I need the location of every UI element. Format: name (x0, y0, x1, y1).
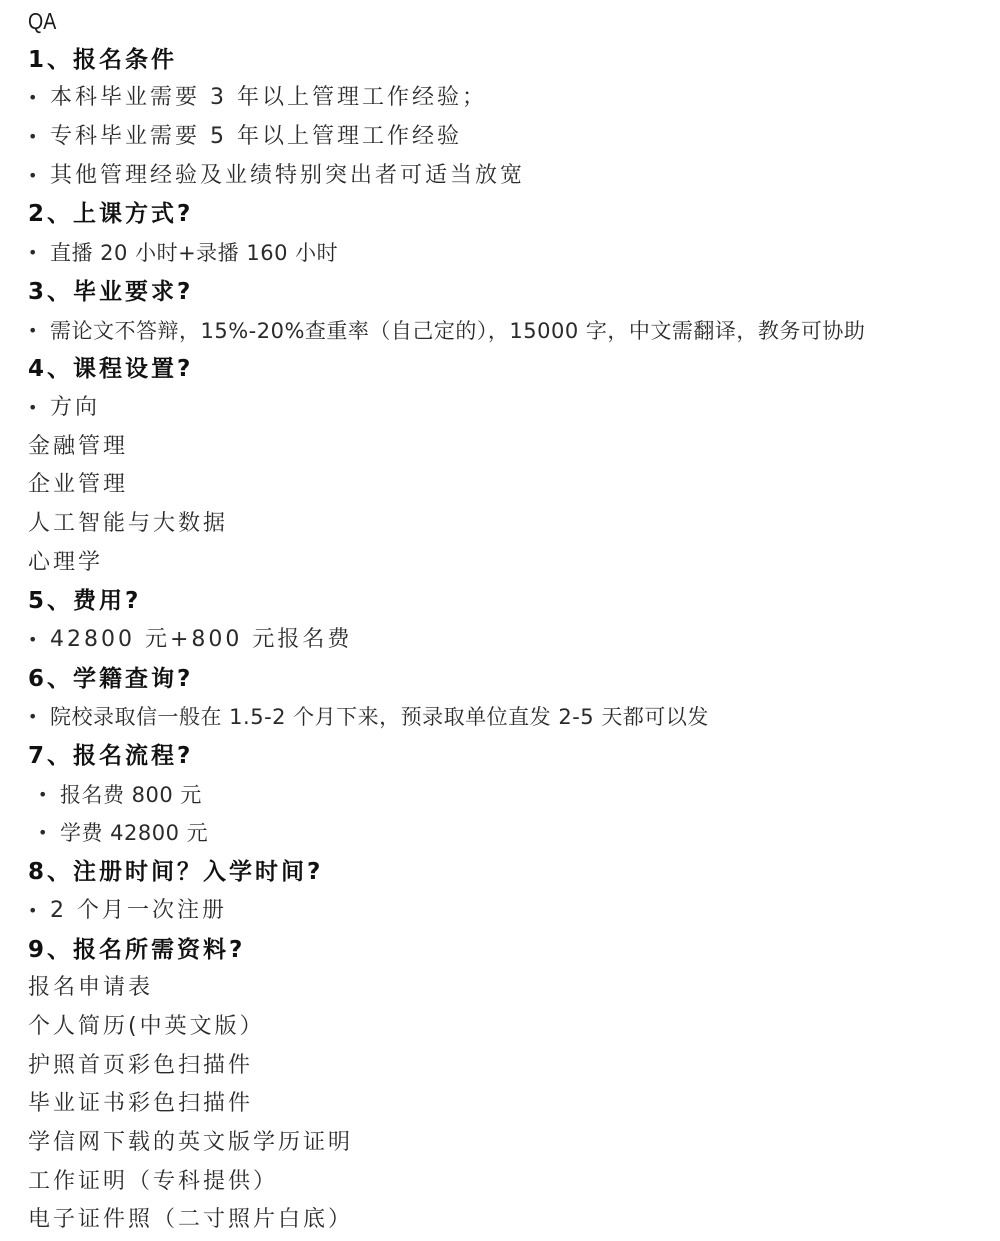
bullet-icon: • (28, 698, 50, 737)
bullet-text: 本科毕业需要 3 年以上管理工作经验； (50, 85, 487, 110)
bullet-icon: • (38, 776, 60, 815)
bullet-icon: • (38, 814, 60, 853)
bullet-item: •院校录取信一般在 1.5-2 个月下来，预录取单位直发 2-5 天都可以发 (28, 698, 1000, 737)
bullet-icon: • (28, 118, 50, 157)
bullet-item: •方向 (28, 389, 1000, 428)
bullet-item: •其他管理经验及业绩特别突出者可适当放宽 (28, 157, 1000, 196)
section-heading-2: 2、上课方式? (28, 195, 1000, 234)
list-item: 工作证明（专科提供） (28, 1163, 1000, 1202)
bullet-text: 报名费 800 元 (60, 783, 202, 807)
list-item: 报名申请表 (28, 969, 1000, 1008)
list-item: 护照首页彩色扫描件 (28, 1047, 1000, 1086)
bullet-item: •学费 42800 元 (28, 814, 1000, 853)
section-heading-1: 1、报名条件 (28, 41, 1000, 80)
list-item: 电子证件照（二寸照片白底） (28, 1201, 1000, 1240)
bullet-text: 院校录取信一般在 1.5-2 个月下来，预录取单位直发 2-5 天都可以发 (50, 705, 709, 729)
bullet-item: •42800 元+800 元报名费 (28, 621, 1000, 660)
bullet-icon: • (28, 312, 50, 351)
list-item: 个人简历(中英文版） (28, 1008, 1000, 1047)
bullet-icon: • (28, 621, 50, 660)
document-title: QA (28, 2, 854, 41)
bullet-text: 专科毕业需要 5 年以上管理工作经验 (50, 124, 462, 149)
bullet-item: •本科毕业需要 3 年以上管理工作经验； (28, 79, 1000, 118)
bullet-text: 2 个月一次注册 (50, 898, 227, 923)
section-heading-9: 9、报名所需资料? (28, 931, 1000, 970)
bullet-icon: • (28, 157, 50, 196)
bullet-text: 42800 元+800 元报名费 (50, 627, 352, 652)
bullet-item: •直播 20 小时+录播 160 小时 (28, 234, 1000, 273)
bullet-icon: • (28, 389, 50, 428)
bullet-text: 方向 (50, 395, 100, 420)
section-heading-3: 3、毕业要求? (28, 273, 1000, 312)
bullet-text: 需论文不答辩，15%-20%查重率（自己定的），15000 字，中文需翻译，教务… (50, 319, 865, 343)
list-item: 学信网下载的英文版学历证明 (28, 1124, 1000, 1163)
bullet-item: •专科毕业需要 5 年以上管理工作经验 (28, 118, 1000, 157)
bullet-item: •2 个月一次注册 (28, 892, 1000, 931)
list-item: 毕业证书彩色扫描件 (28, 1085, 1000, 1124)
section-heading-7: 7、报名流程? (28, 737, 1000, 776)
bullet-text: 其他管理经验及业绩特别突出者可适当放宽 (50, 163, 525, 188)
qa-document: QA 1、报名条件 •本科毕业需要 3 年以上管理工作经验； •专科毕业需要 5… (28, 2, 1000, 1240)
bullet-item: •报名费 800 元 (28, 776, 1000, 815)
bullet-text: 学费 42800 元 (60, 821, 208, 845)
bullet-icon: • (28, 892, 50, 931)
bullet-text: 直播 20 小时+录播 160 小时 (50, 241, 338, 265)
section-heading-8: 8、注册时间？入学时间? (28, 853, 1000, 892)
list-item: 人工智能与大数据 (28, 505, 1000, 544)
section-heading-6: 6、学籍查询? (28, 660, 1000, 699)
section-heading-5: 5、费用? (28, 582, 1000, 621)
bullet-icon: • (28, 79, 50, 118)
bullet-icon: • (28, 234, 50, 273)
list-item: 金融管理 (28, 428, 1000, 467)
section-heading-4: 4、课程设置? (28, 350, 1000, 389)
bullet-item: •需论文不答辩，15%-20%查重率（自己定的），15000 字，中文需翻译，教… (28, 312, 1000, 351)
list-item: 心理学 (28, 544, 1000, 583)
list-item: 企业管理 (28, 466, 1000, 505)
